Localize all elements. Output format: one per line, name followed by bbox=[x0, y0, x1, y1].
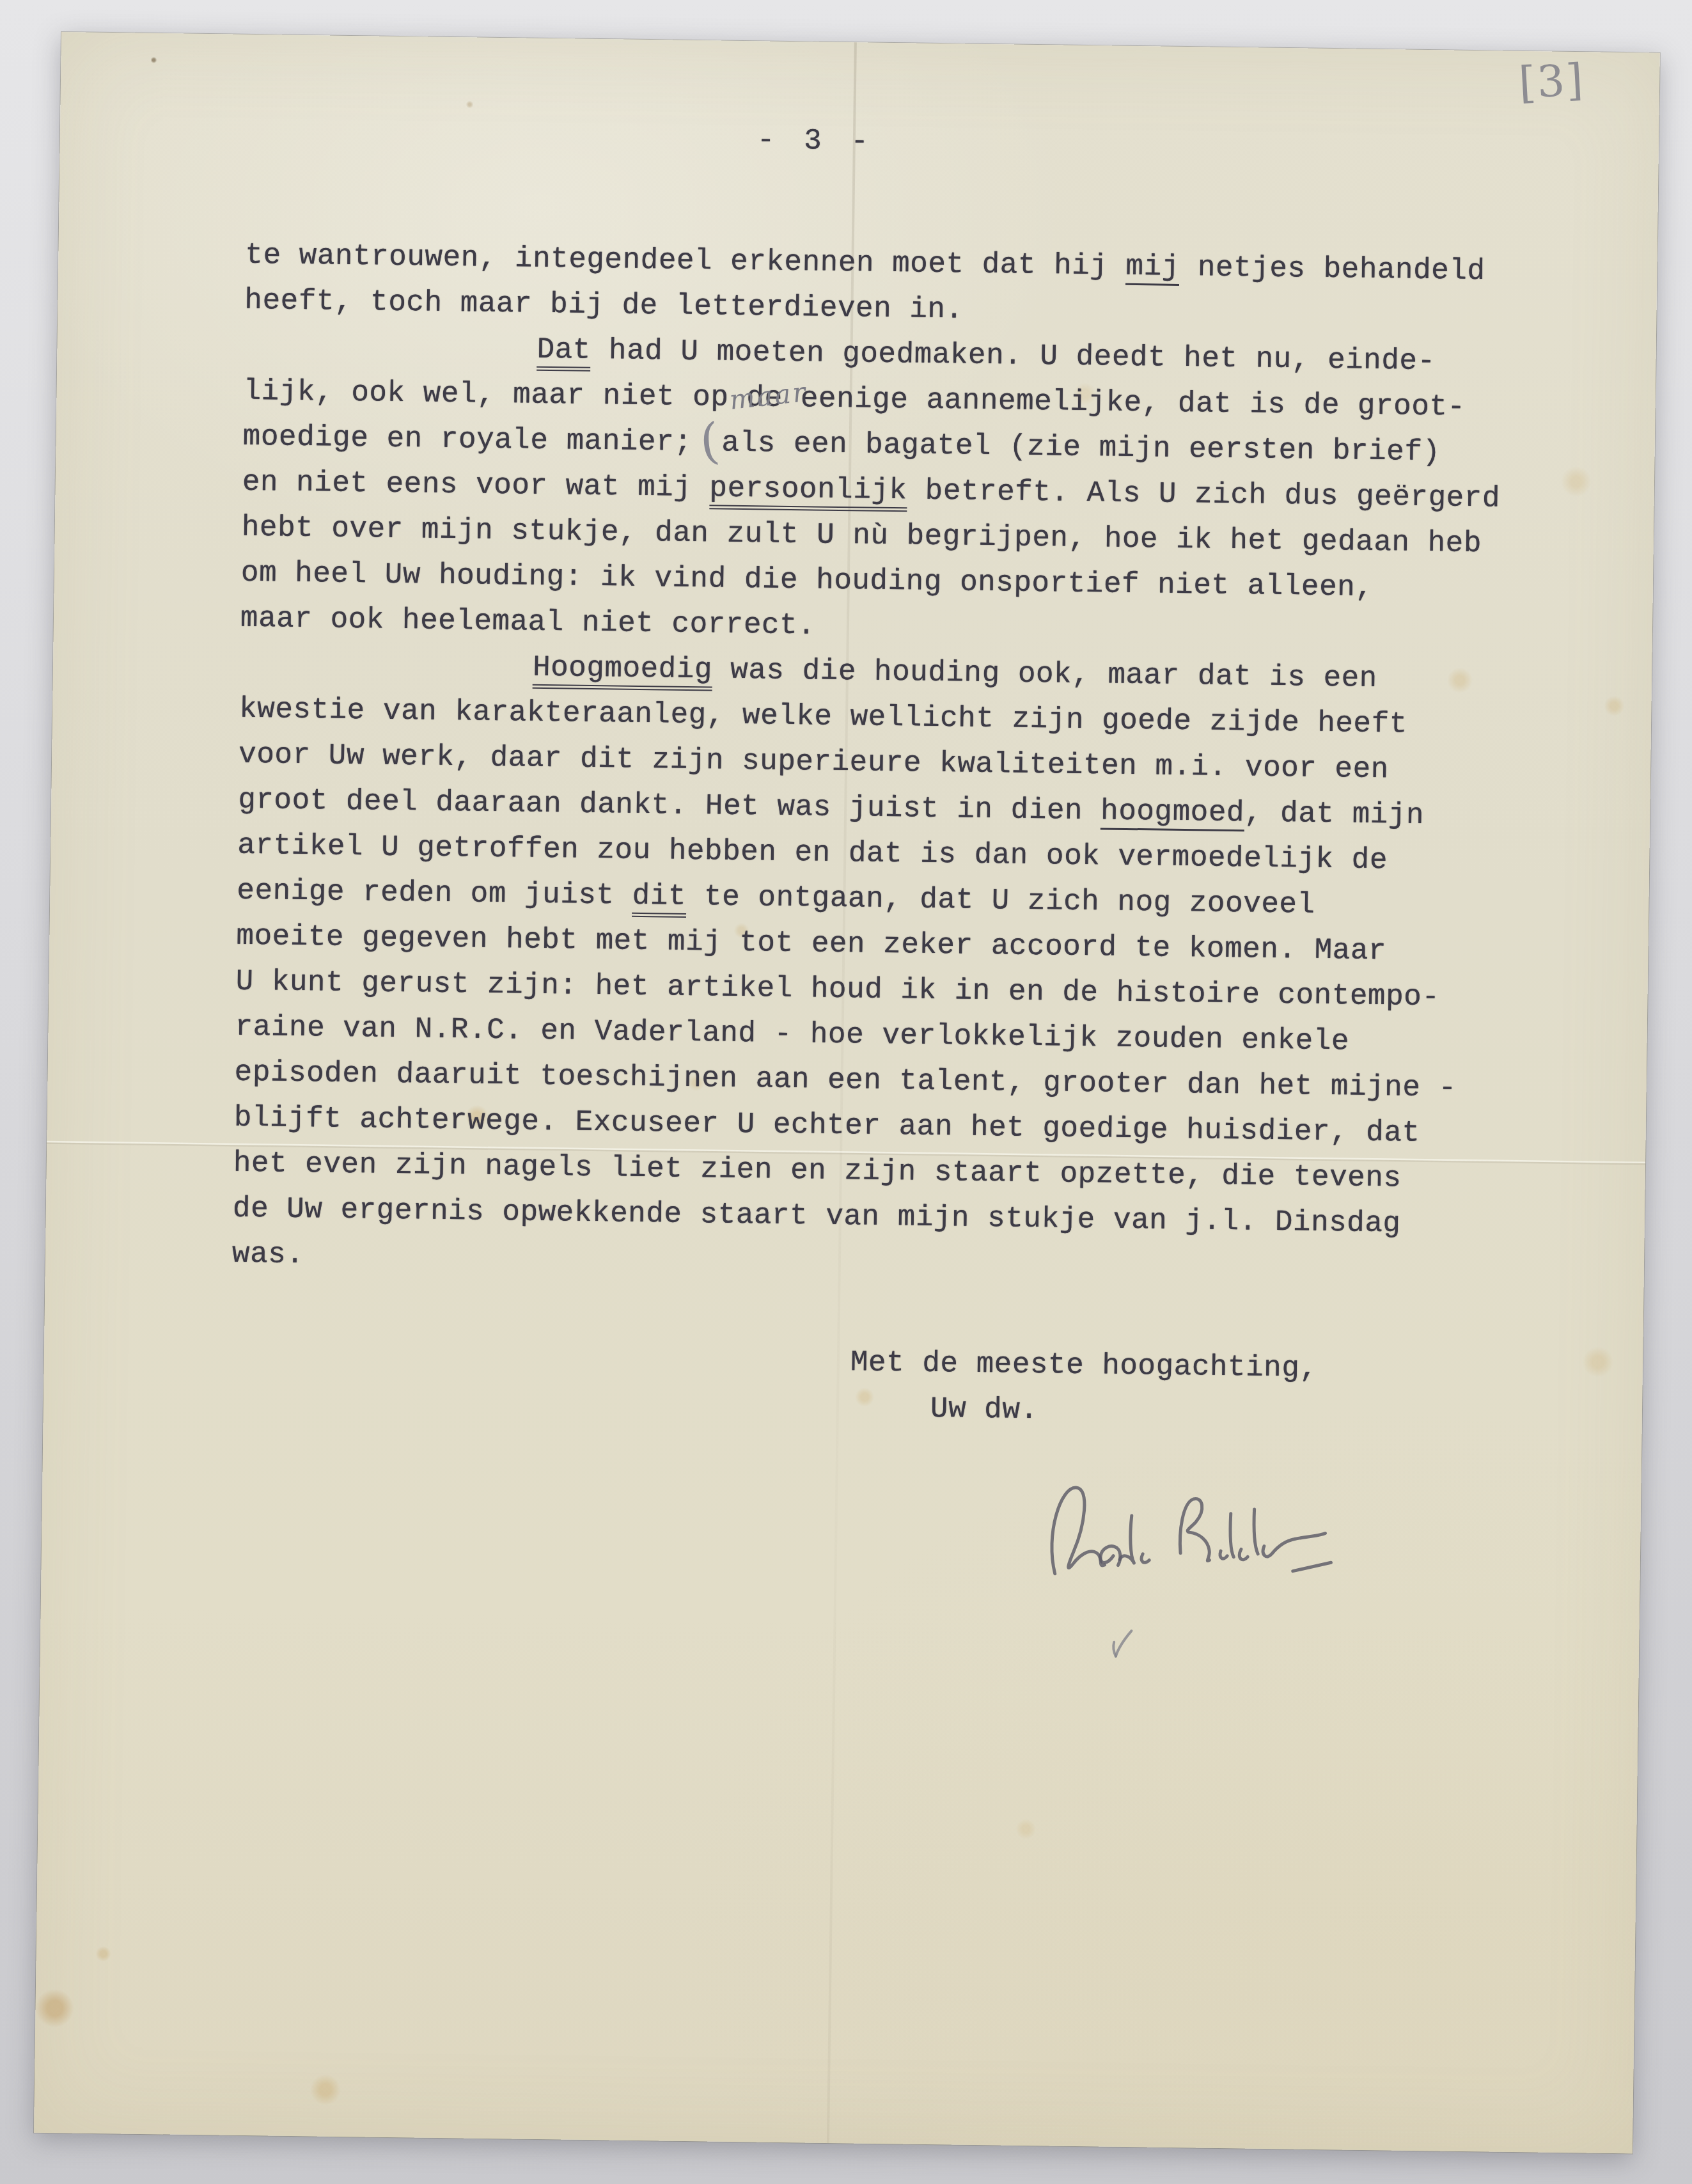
text-segment: Met de meeste hoogachting, bbox=[850, 1346, 1318, 1385]
corner-annotation: [3] bbox=[1517, 55, 1586, 109]
text-segment: de Uw ergernis opwekkende staart van mij… bbox=[233, 1192, 1401, 1241]
text-segment: artikel U getroffen zou hebben en dat is… bbox=[237, 829, 1388, 877]
underlined-word: persoonlijk bbox=[709, 471, 907, 512]
text-segment: had U moeten goedmaken. U deedt het nu, … bbox=[591, 334, 1436, 378]
page-number: - 3 - bbox=[756, 118, 874, 164]
underlined-word: Hoogmoedig bbox=[533, 651, 713, 691]
text-segment: het even zijn nagels liet zien en zijn s… bbox=[233, 1147, 1402, 1195]
text-segment: en niet eens voor wat mij bbox=[242, 466, 709, 505]
text-segment: was die houding ook, maar dat is een bbox=[712, 653, 1377, 695]
text-segment: betreft. Als U zich dus geërgerd bbox=[907, 474, 1500, 515]
text-segment: heeft, toch maar bij de letterdieven in. bbox=[244, 284, 964, 327]
text-segment: , dat mijn bbox=[1244, 796, 1425, 832]
text-segment: was. bbox=[232, 1237, 304, 1271]
pencil-tick-icon bbox=[1109, 1626, 1138, 1662]
text-segment: eenige reden om juist bbox=[237, 874, 632, 913]
text-segment: als een bagatel (zie mijn eersten brief) bbox=[721, 427, 1441, 469]
letter-body: te wantrouwen, integendeel erkennen moet… bbox=[230, 233, 1504, 1440]
text-segment: voor Uw werk, daar dit zijn superieure k… bbox=[239, 738, 1389, 787]
paper-sheet: [3] - 3 - te wantrouwen, integendeel erk… bbox=[34, 32, 1660, 2153]
signature-scribble bbox=[1035, 1466, 1338, 1601]
text-segment: moedige en royale manier; bbox=[242, 420, 692, 459]
underlined-word: mij bbox=[1125, 250, 1180, 286]
text-segment: kwestie van karakteraanleg, welke wellic… bbox=[239, 693, 1407, 741]
text-segment: groot deel daaraan dankt. Het was juist … bbox=[238, 783, 1101, 828]
text-segment: raine van N.R.C. en Vaderland - hoe verl… bbox=[235, 1010, 1349, 1058]
text-segment: maar ook heelemaal niet correct. bbox=[240, 602, 816, 643]
text-segment: Uw dw. bbox=[930, 1392, 1038, 1427]
underlined-word: hoogmoed bbox=[1101, 794, 1245, 831]
underlined-word: dit bbox=[632, 879, 686, 918]
text-segment: netjes behandeld bbox=[1179, 251, 1485, 288]
text-segment: te ontgaan, dat U zich nog zooveel bbox=[686, 880, 1315, 922]
text-segment: moeite gegeven hebt met mij tot een zeke… bbox=[236, 920, 1386, 968]
underlined-word: Dat bbox=[537, 333, 591, 372]
pencil-insert-paren: ( bbox=[700, 441, 719, 443]
pencil-insert-word: maar bbox=[728, 379, 809, 414]
text-segment: om heel Uw houding: ik vind die houding … bbox=[241, 556, 1374, 604]
text-segment: te wantrouwen, integendeel erkennen moet… bbox=[245, 239, 1126, 283]
